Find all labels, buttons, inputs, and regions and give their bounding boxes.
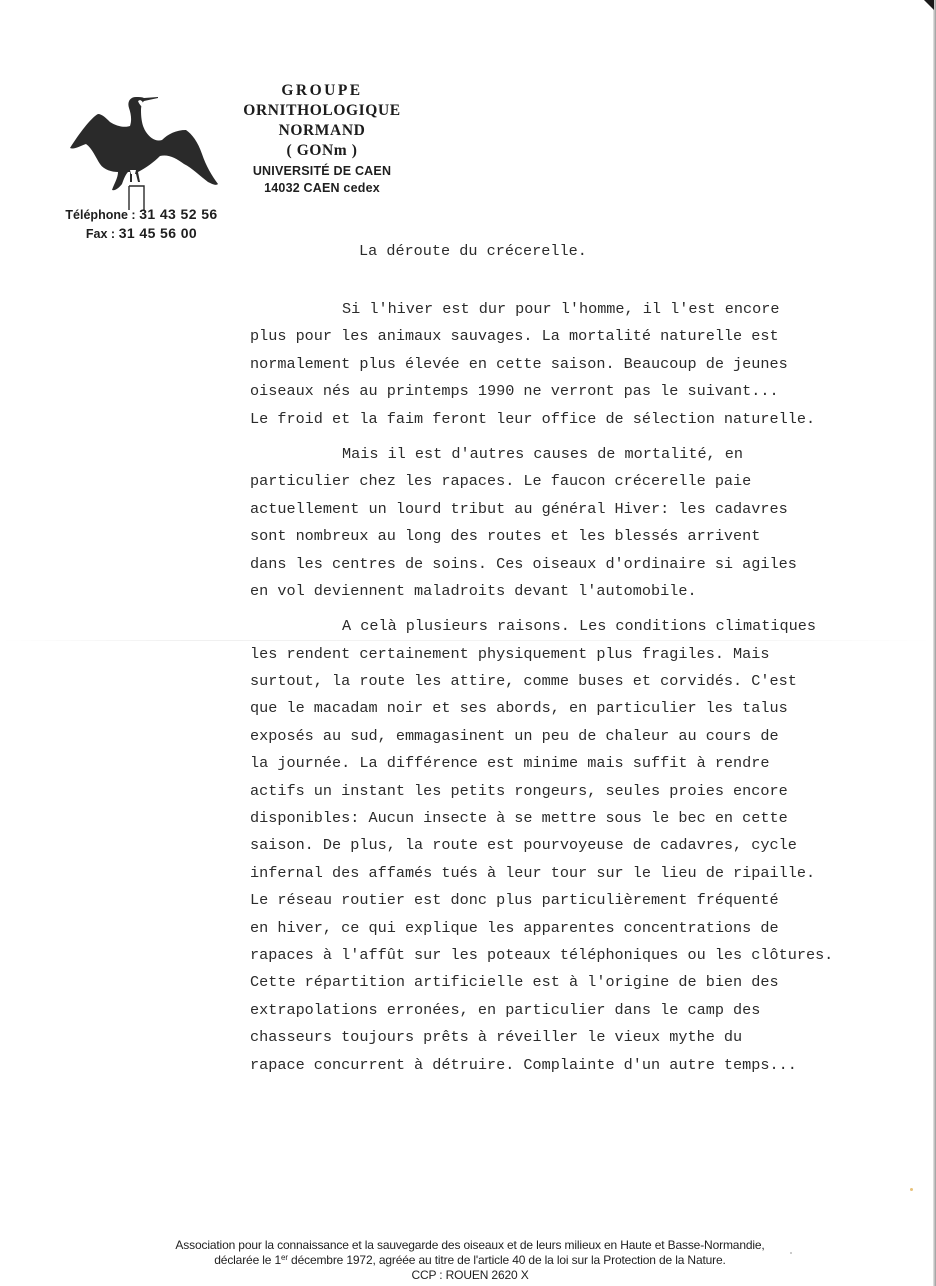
- org-acronym: ( GONm ): [222, 141, 422, 161]
- text-line: sont nombreux au long des routes et les …: [250, 523, 900, 550]
- text-line: plus pour les animaux sauvages. La morta…: [250, 323, 900, 350]
- text-line: en vol deviennent maladroits devant l'au…: [250, 578, 900, 605]
- org-name-line: ORNITHOLOGIQUE: [222, 101, 422, 121]
- text-line: A celà plusieurs raisons. Les conditions…: [250, 613, 900, 640]
- text-line: Le réseau routier est donc plus particul…: [250, 887, 900, 914]
- contact-block: Téléphone : 31 43 52 56 Fax : 31 45 56 0…: [54, 205, 229, 243]
- footer-line: Association pour la connaissance et la s…: [100, 1238, 840, 1253]
- text-line: actifs un instant les petits rongeurs, s…: [250, 778, 900, 805]
- cormorant-bird-icon: [66, 92, 226, 210]
- text-line: surtout, la route les attire, comme buse…: [250, 668, 900, 695]
- fax-label: Fax :: [86, 227, 115, 241]
- text-line: rapaces à l'affût sur les poteaux téléph…: [250, 942, 900, 969]
- footer-text: déclarée le 1: [214, 1253, 281, 1267]
- text-line: particulier chez les rapaces. Le faucon …: [250, 468, 900, 495]
- org-address-line: 14032 CAEN cedex: [222, 180, 422, 197]
- org-name-line: NORMAND: [222, 121, 422, 141]
- fax-number: 31 45 56 00: [119, 225, 197, 241]
- document-body: Si l'hiver est dur pour l'homme, il l'es…: [250, 296, 900, 1079]
- text-line: actuellement un lourd tribut au général …: [250, 496, 900, 523]
- footer-line: déclarée le 1er décembre 1972, agréée au…: [100, 1253, 840, 1268]
- organization-block: GROUPE ORNITHOLOGIQUE NORMAND ( GONm ) U…: [222, 81, 422, 197]
- org-name-line: GROUPE: [222, 81, 422, 101]
- text-line: Le froid et la faim feront leur office d…: [250, 406, 900, 433]
- paper-speck: [790, 1252, 792, 1254]
- phone-label: Téléphone :: [65, 208, 135, 222]
- text-line: extrapolations erronées, en particulier …: [250, 997, 900, 1024]
- text-line: rapace concurrent à détruire. Complainte…: [250, 1052, 900, 1079]
- document-title: La déroute du crécerelle.: [359, 242, 587, 260]
- text-line: Cette répartition artificielle est à l'o…: [250, 969, 900, 996]
- phone-number: 31 43 52 56: [139, 206, 217, 222]
- footer: Association pour la connaissance et la s…: [100, 1238, 840, 1283]
- text-line: infernal des affamés tués à leur tour su…: [250, 860, 900, 887]
- text-line: disponibles: Aucun insecte à se mettre s…: [250, 805, 900, 832]
- paper-speck: [910, 1188, 913, 1191]
- footer-line: CCP : ROUEN 2620 X: [100, 1268, 840, 1283]
- text-line: oiseaux nés au printemps 1990 ne verront…: [250, 378, 900, 405]
- text-line: la journée. La différence est minime mai…: [250, 750, 900, 777]
- footer-superscript: er: [281, 1253, 288, 1262]
- text-line: saison. De plus, la route est pourvoyeus…: [250, 832, 900, 859]
- text-line: que le macadam noir et ses abords, en pa…: [250, 695, 900, 722]
- text-line: exposés au sud, emmagasinent un peu de c…: [250, 723, 900, 750]
- paragraph: A celà plusieurs raisons. Les conditions…: [250, 613, 900, 1079]
- fax-line: Fax : 31 45 56 00: [54, 224, 229, 243]
- text-line: les rendent certainement physiquement pl…: [250, 641, 900, 668]
- org-address-line: UNIVERSITÉ DE CAEN: [222, 163, 422, 180]
- phone-line: Téléphone : 31 43 52 56: [54, 205, 229, 224]
- scan-corner-mark: [924, 0, 934, 10]
- footer-text: décembre 1972, agréée au titre de l'arti…: [288, 1253, 726, 1267]
- text-line: chasseurs toujours prêts à réveiller le …: [250, 1024, 900, 1051]
- text-line: Mais il est d'autres causes de mortalité…: [250, 441, 900, 468]
- text-line: Si l'hiver est dur pour l'homme, il l'es…: [250, 296, 900, 323]
- paragraph: Si l'hiver est dur pour l'homme, il l'es…: [250, 296, 900, 433]
- text-line: en hiver, ce qui explique les apparentes…: [250, 915, 900, 942]
- paragraph: Mais il est d'autres causes de mortalité…: [250, 441, 900, 605]
- text-line: normalement plus élevée en cette saison.…: [250, 351, 900, 378]
- text-line: dans les centres de soins. Ces oiseaux d…: [250, 551, 900, 578]
